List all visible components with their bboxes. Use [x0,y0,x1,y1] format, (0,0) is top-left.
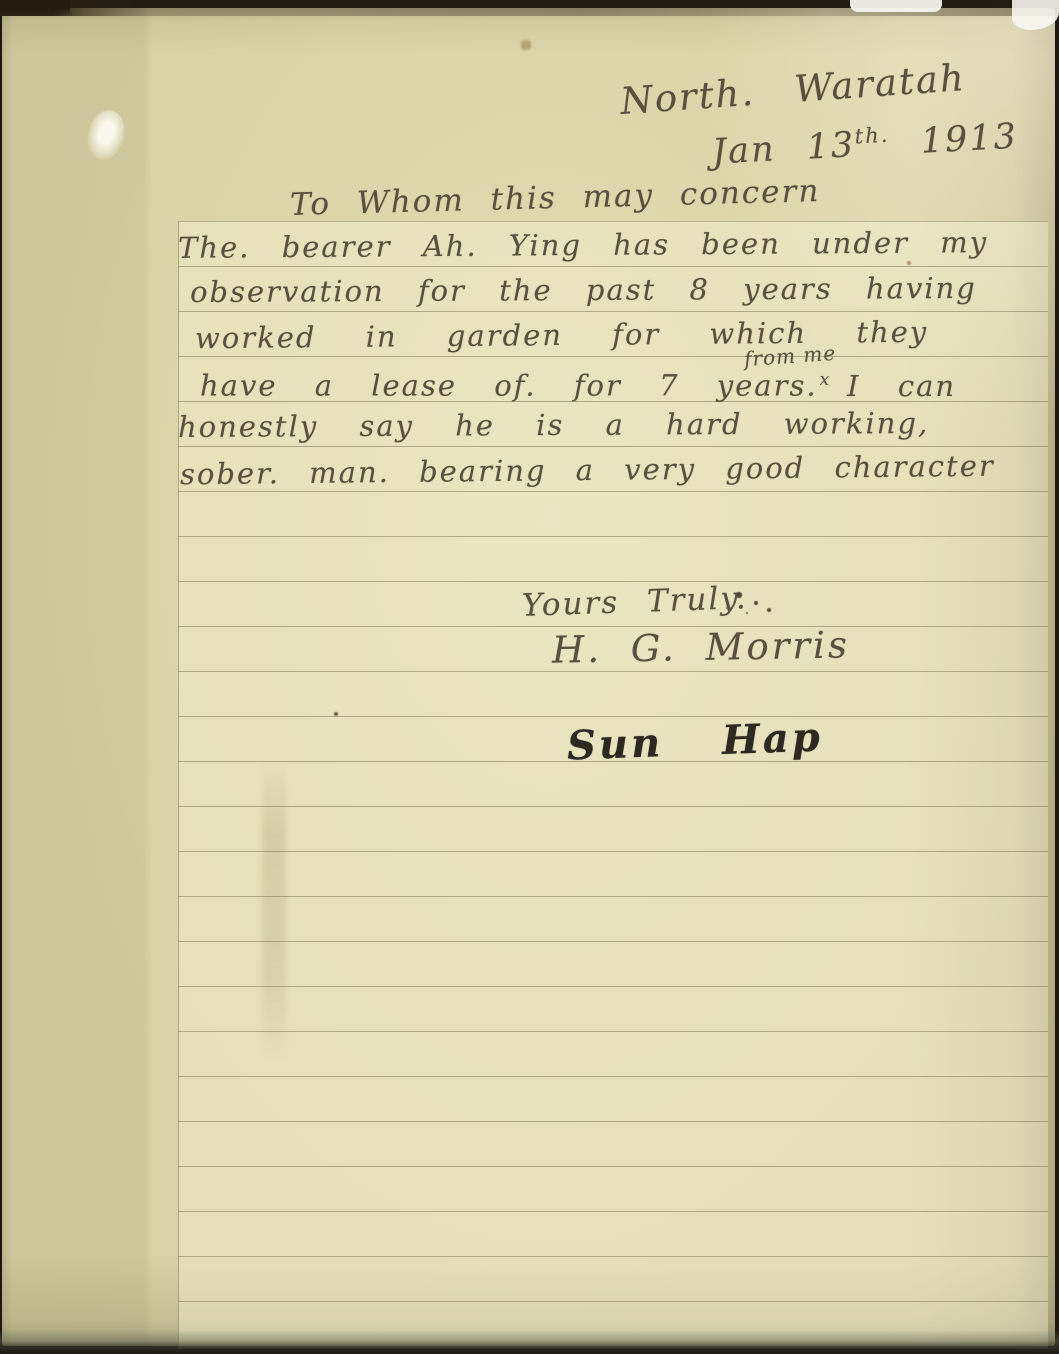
salutation-line: To Whom this may concern [290,173,821,223]
body-line-4-continuation: I can [847,369,956,403]
vertical-stain [262,756,286,1061]
body-line-4-text: have a lease of. for 7 years. [200,369,818,403]
date-ordinal: th. [854,123,890,149]
date-year: 1913 [920,117,1019,162]
signature-hg-morris: H. G. Morris [552,623,851,671]
scan-bottom-edge [0,1330,1059,1354]
scanned-letter-page: { "letter": { "place": "North. Waratah",… [0,0,1059,1354]
body-line-1: The. bearer Ah. Ying has been under my [178,219,988,269]
body-line-2: observation for the past 8 years having [190,265,977,313]
place-line: North. Waratah [619,56,967,123]
date-line: Jan 13th. 1913 [711,116,1019,173]
scan-top-left-corner [0,0,70,15]
torn-paper-edge-1 [850,0,942,12]
body-line-5: honestly say he is a hard working, [178,400,929,448]
paper-damage-spot [82,106,129,163]
body-line-6: sober. man. bearing a very good characte… [180,443,995,496]
caret-mark: x [820,370,832,390]
letter-sheet: North. Waratah Jan 13th. 1913 To Whom th… [2,8,1055,1346]
signature-sun-hap: Sun Hap [566,714,823,770]
date-day: Jan 13 [711,125,856,172]
body-line-4: have a lease of. for 7 years.xI can [200,357,956,401]
